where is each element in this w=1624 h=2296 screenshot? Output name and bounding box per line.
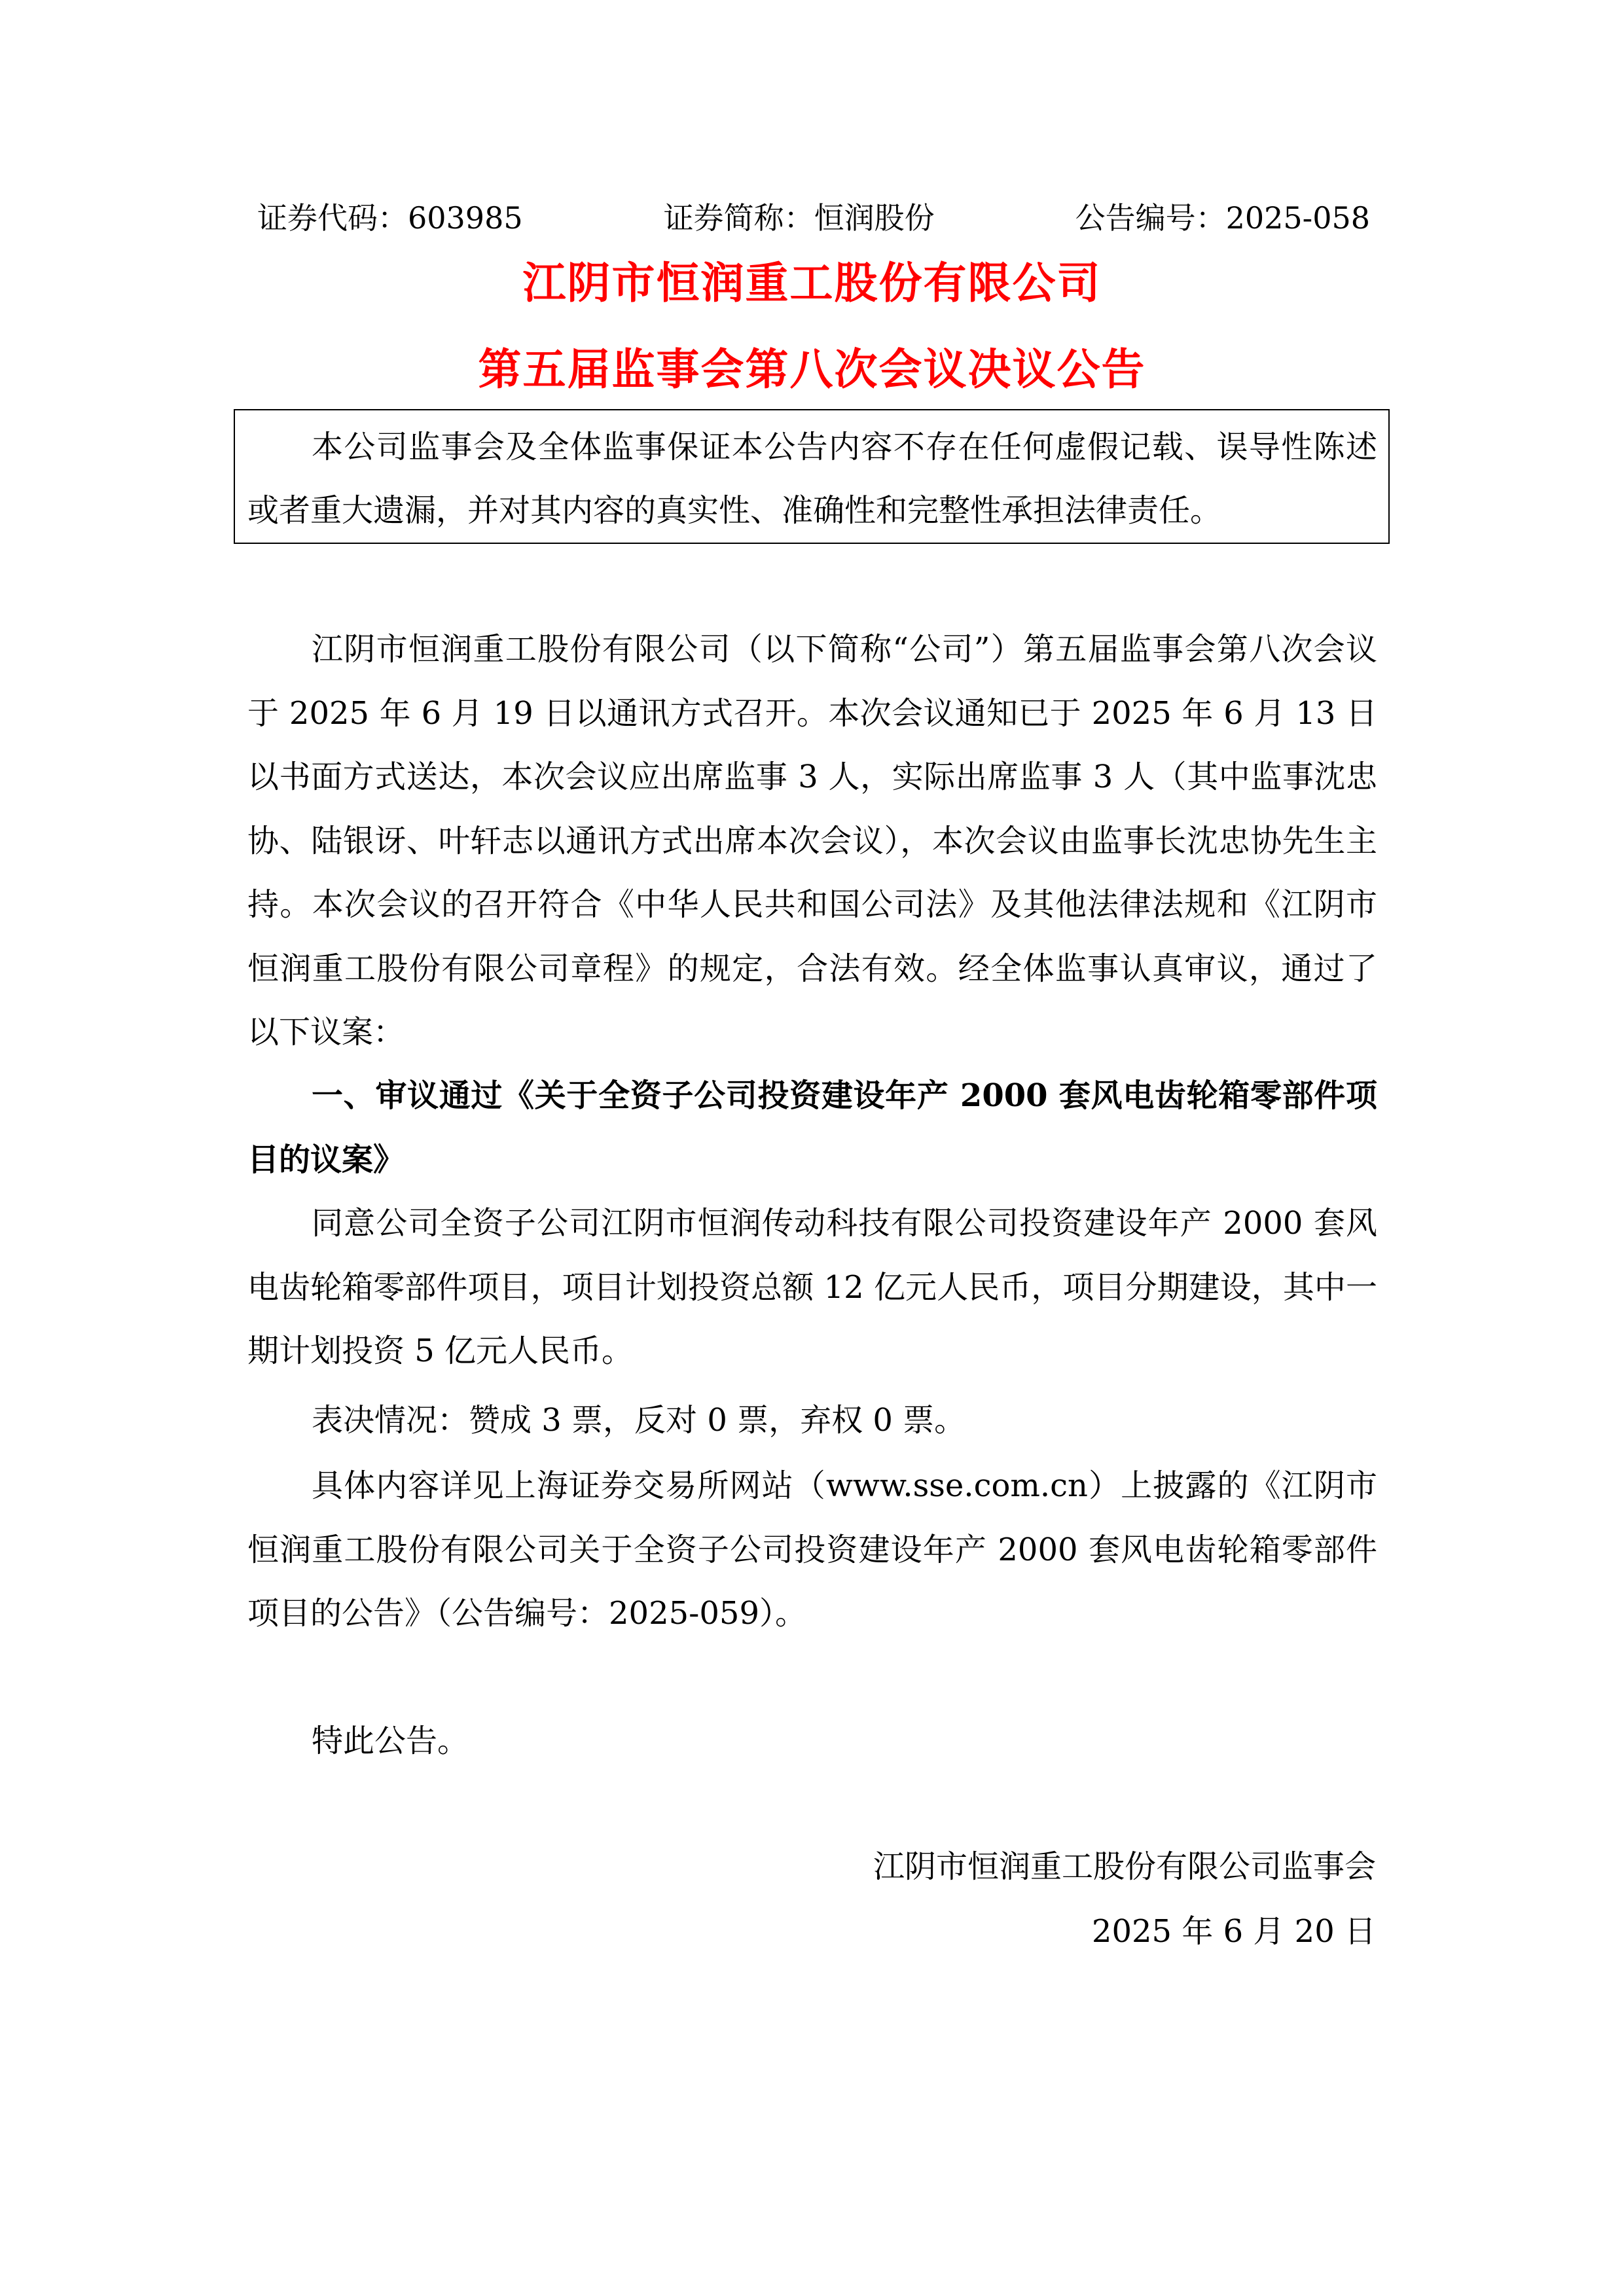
- closing-statement: 特此公告。: [247, 1710, 1377, 1774]
- document-page: 证券代码：603985 证券简称：恒润股份 公告编号：2025-058 江阴市恒…: [0, 0, 1624, 2296]
- signatory: 江阴市恒润重工股份有限公司监事会: [873, 1835, 1376, 1899]
- resolution-detail-paragraph: 同意公司全资子公司江阴市恒润传动科技有限公司投资建设年产 2000 套风电齿轮箱…: [247, 1192, 1377, 1384]
- reference-paragraph: 具体内容详见上海证券交易所网站（www.sse.com.cn）上披露的《江阴市恒…: [247, 1454, 1377, 1646]
- meeting-intro-paragraph: 江阴市恒润重工股份有限公司（以下简称“公司”）第五届监事会第八次会议于 2025…: [247, 618, 1377, 1065]
- disclaimer-box: 本公司监事会及全体监事保证本公告内容不存在任何虚假记载、误导性陈述或者重大遗漏，…: [234, 409, 1390, 544]
- announcement-title: 第五届监事会第八次会议决议公告: [0, 343, 1624, 395]
- announcement-header: 证券代码：603985 证券简称：恒润股份 公告编号：2025-058: [257, 196, 1370, 240]
- stock-code: 证券代码：603985: [257, 196, 523, 240]
- resolution-heading: 一、审议通过《关于全资子公司投资建设年产 2000 套风电齿轮箱零部件项目的议案…: [247, 1064, 1377, 1192]
- vote-result: 表决情况：赞成 3 票，反对 0 票，弃权 0 票。: [247, 1389, 1377, 1453]
- stock-short-name: 证券简称：恒润股份: [664, 196, 935, 240]
- company-title: 江阴市恒润重工股份有限公司: [0, 257, 1624, 309]
- disclaimer-text: 本公司监事会及全体监事保证本公告内容不存在任何虚假记载、误导性陈述或者重大遗漏，…: [247, 416, 1377, 543]
- signature-date: 2025 年 6 月 20 日: [1092, 1900, 1376, 1964]
- announcement-number: 公告编号：2025-058: [1075, 196, 1370, 240]
